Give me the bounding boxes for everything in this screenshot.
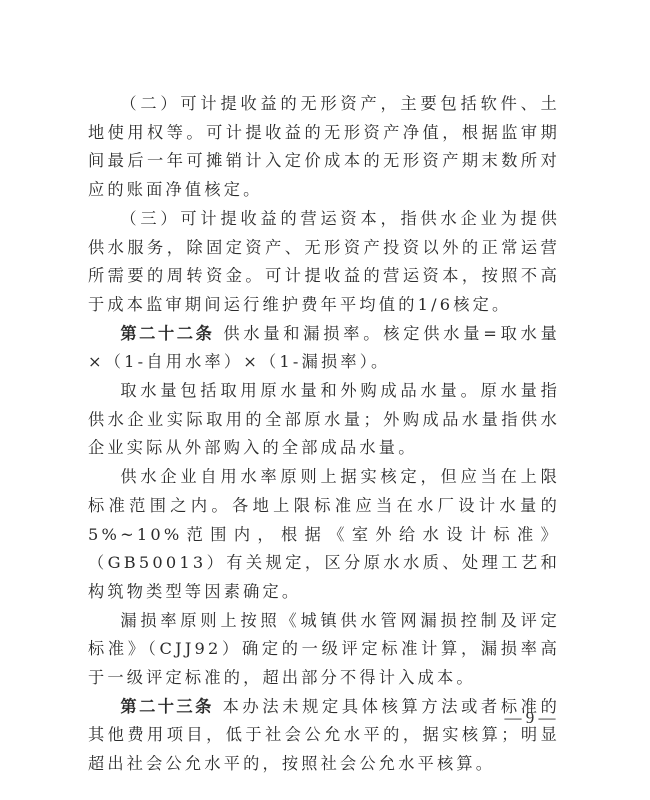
article-22: 第二十二条 供水量和漏损率。核定供水量=取水量×（1-自用水率）×（1-漏损率）… bbox=[88, 320, 560, 377]
article-23: 第二十三条 本办法未规定具体核算方法或者标准的其他费用项目，低于社会公允水平的，… bbox=[88, 693, 560, 779]
paragraph-working-capital: （三）可计提收益的营运资本，指供水企业为提供供水服务，除固定资产、无形资产投资以… bbox=[88, 205, 560, 320]
document-page: （二）可计提收益的无形资产，主要包括软件、土地使用权等。可计提收益的无形资产净值… bbox=[0, 0, 650, 800]
paragraph-leakage-rate: 漏损率原则上按照《城镇供水管网漏损控制及评定标准》（CJJ92）确定的一级评定标… bbox=[88, 607, 560, 693]
article-heading: 第二十二条 bbox=[120, 324, 214, 343]
paragraph-water-intake: 取水量包括取用原水量和外购成品水量。原水量指供水企业实际取用的全部原水量；外购成… bbox=[88, 377, 560, 463]
page-number: — 9 — bbox=[500, 708, 560, 728]
paragraph-self-use-rate: 供水企业自用水率原则上据实核定，但应当在上限标准范围之内。各地上限标准应当在水厂… bbox=[88, 463, 560, 607]
article-heading: 第二十三条 bbox=[120, 697, 213, 716]
paragraph-intangible-assets: （二）可计提收益的无形资产，主要包括软件、土地使用权等。可计提收益的无形资产净值… bbox=[88, 90, 560, 205]
document-body: （二）可计提收益的无形资产，主要包括软件、土地使用权等。可计提收益的无形资产净值… bbox=[88, 90, 560, 779]
